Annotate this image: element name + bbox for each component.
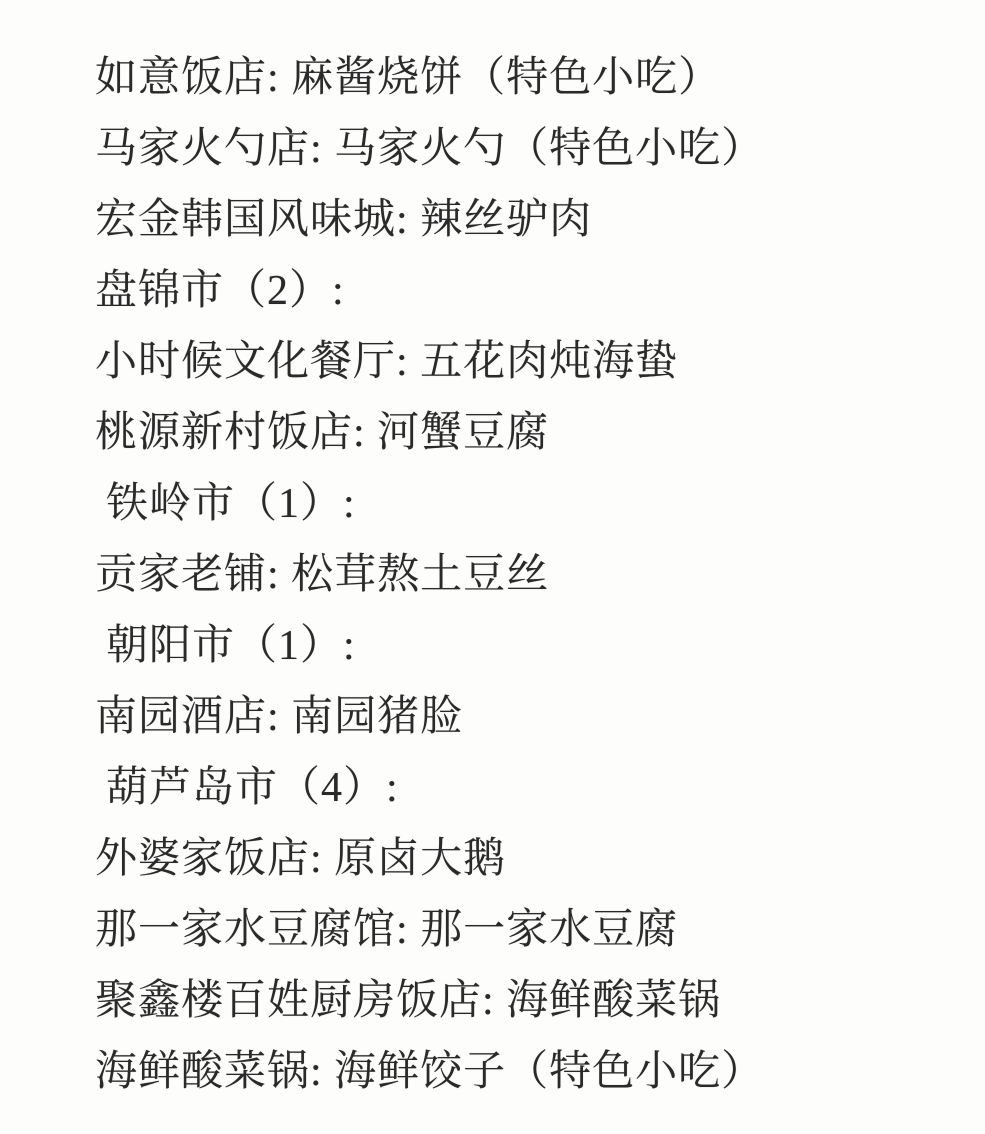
city-heading: 盘锦市（2）:: [0, 256, 985, 327]
restaurant-entry: 如意饭店: 麻酱烧饼（特色小吃）: [0, 43, 985, 114]
restaurant-entry: 外婆家饭店: 原卤大鹅: [0, 824, 985, 895]
city-heading: 朝阳市（1）:: [0, 611, 985, 682]
restaurant-entry: 马家火勺店: 马家火勺（特色小吃）: [0, 114, 985, 185]
restaurant-entry: 那一家水豆腐馆: 那一家水豆腐: [0, 895, 985, 966]
restaurant-entry: 小时候文化餐厅: 五花肉炖海蛰: [0, 327, 985, 398]
document-page: 如意饭店: 麻酱烧饼（特色小吃） 马家火勺店: 马家火勺（特色小吃） 宏金韩国风…: [0, 0, 985, 1134]
restaurant-entry: 贡家老铺: 松茸熬土豆丝: [0, 540, 985, 611]
city-heading: 葫芦岛市（4）:: [0, 753, 985, 824]
restaurant-entry: 南园酒店: 南园猪脸: [0, 682, 985, 753]
restaurant-entry: 聚鑫楼百姓厨房饭店: 海鲜酸菜锅: [0, 966, 985, 1037]
restaurant-entry: 桃源新村饭店: 河蟹豆腐: [0, 398, 985, 469]
restaurant-entry: 宏金韩国风味城: 辣丝驴肉: [0, 185, 985, 256]
restaurant-entry: 海鲜酸菜锅: 海鲜饺子（特色小吃）: [0, 1037, 985, 1108]
city-heading: 铁岭市（1）:: [0, 469, 985, 540]
